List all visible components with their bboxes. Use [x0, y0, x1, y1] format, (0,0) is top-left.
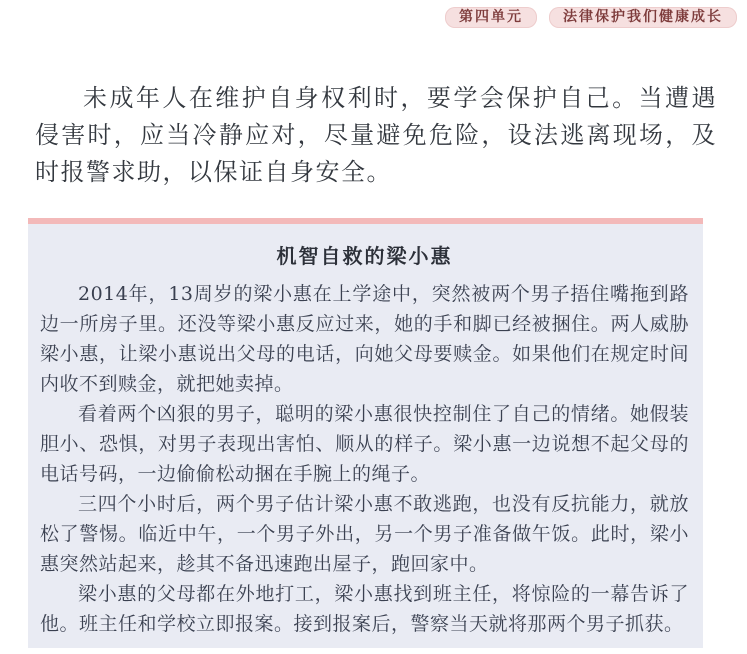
- unit-badge: 第四单元: [445, 7, 537, 28]
- header-badges: 第四单元 法律保护我们健康成长: [445, 7, 737, 28]
- case-story-box: 机智自救的梁小惠 2014年，13周岁的梁小惠在上学途中，突然被两个男子捂住嘴拖…: [28, 218, 703, 648]
- story-paragraph-1: 2014年，13周岁的梁小惠在上学途中，突然被两个男子捂住嘴拖到路边一所房子里。…: [40, 279, 689, 399]
- story-paragraph-3: 三四个小时后，两个男子估计梁小惠不敢逃跑，也没有反抗能力，就放松了警惕。临近中午…: [40, 489, 689, 579]
- chapter-title-badge: 法律保护我们健康成长: [549, 7, 737, 28]
- story-paragraph-2: 看着两个凶狠的男子，聪明的梁小惠很快控制住了自己的情绪。她假装胆小、恐惧，对男子…: [40, 399, 689, 489]
- textbook-page: 第四单元 法律保护我们健康成长 未成年人在维护自身权利时，要学会保护自己。当遭遇…: [0, 0, 747, 654]
- story-paragraph-4: 梁小惠的父母都在外地打工，梁小惠找到班主任，将惊险的一幕告诉了他。班主任和学校立…: [40, 579, 689, 639]
- story-title: 机智自救的梁小惠: [40, 240, 689, 269]
- intro-paragraph: 未成年人在维护自身权利时，要学会保护自己。当遭遇侵害时，应当冷静应对，尽量避免危…: [35, 80, 717, 191]
